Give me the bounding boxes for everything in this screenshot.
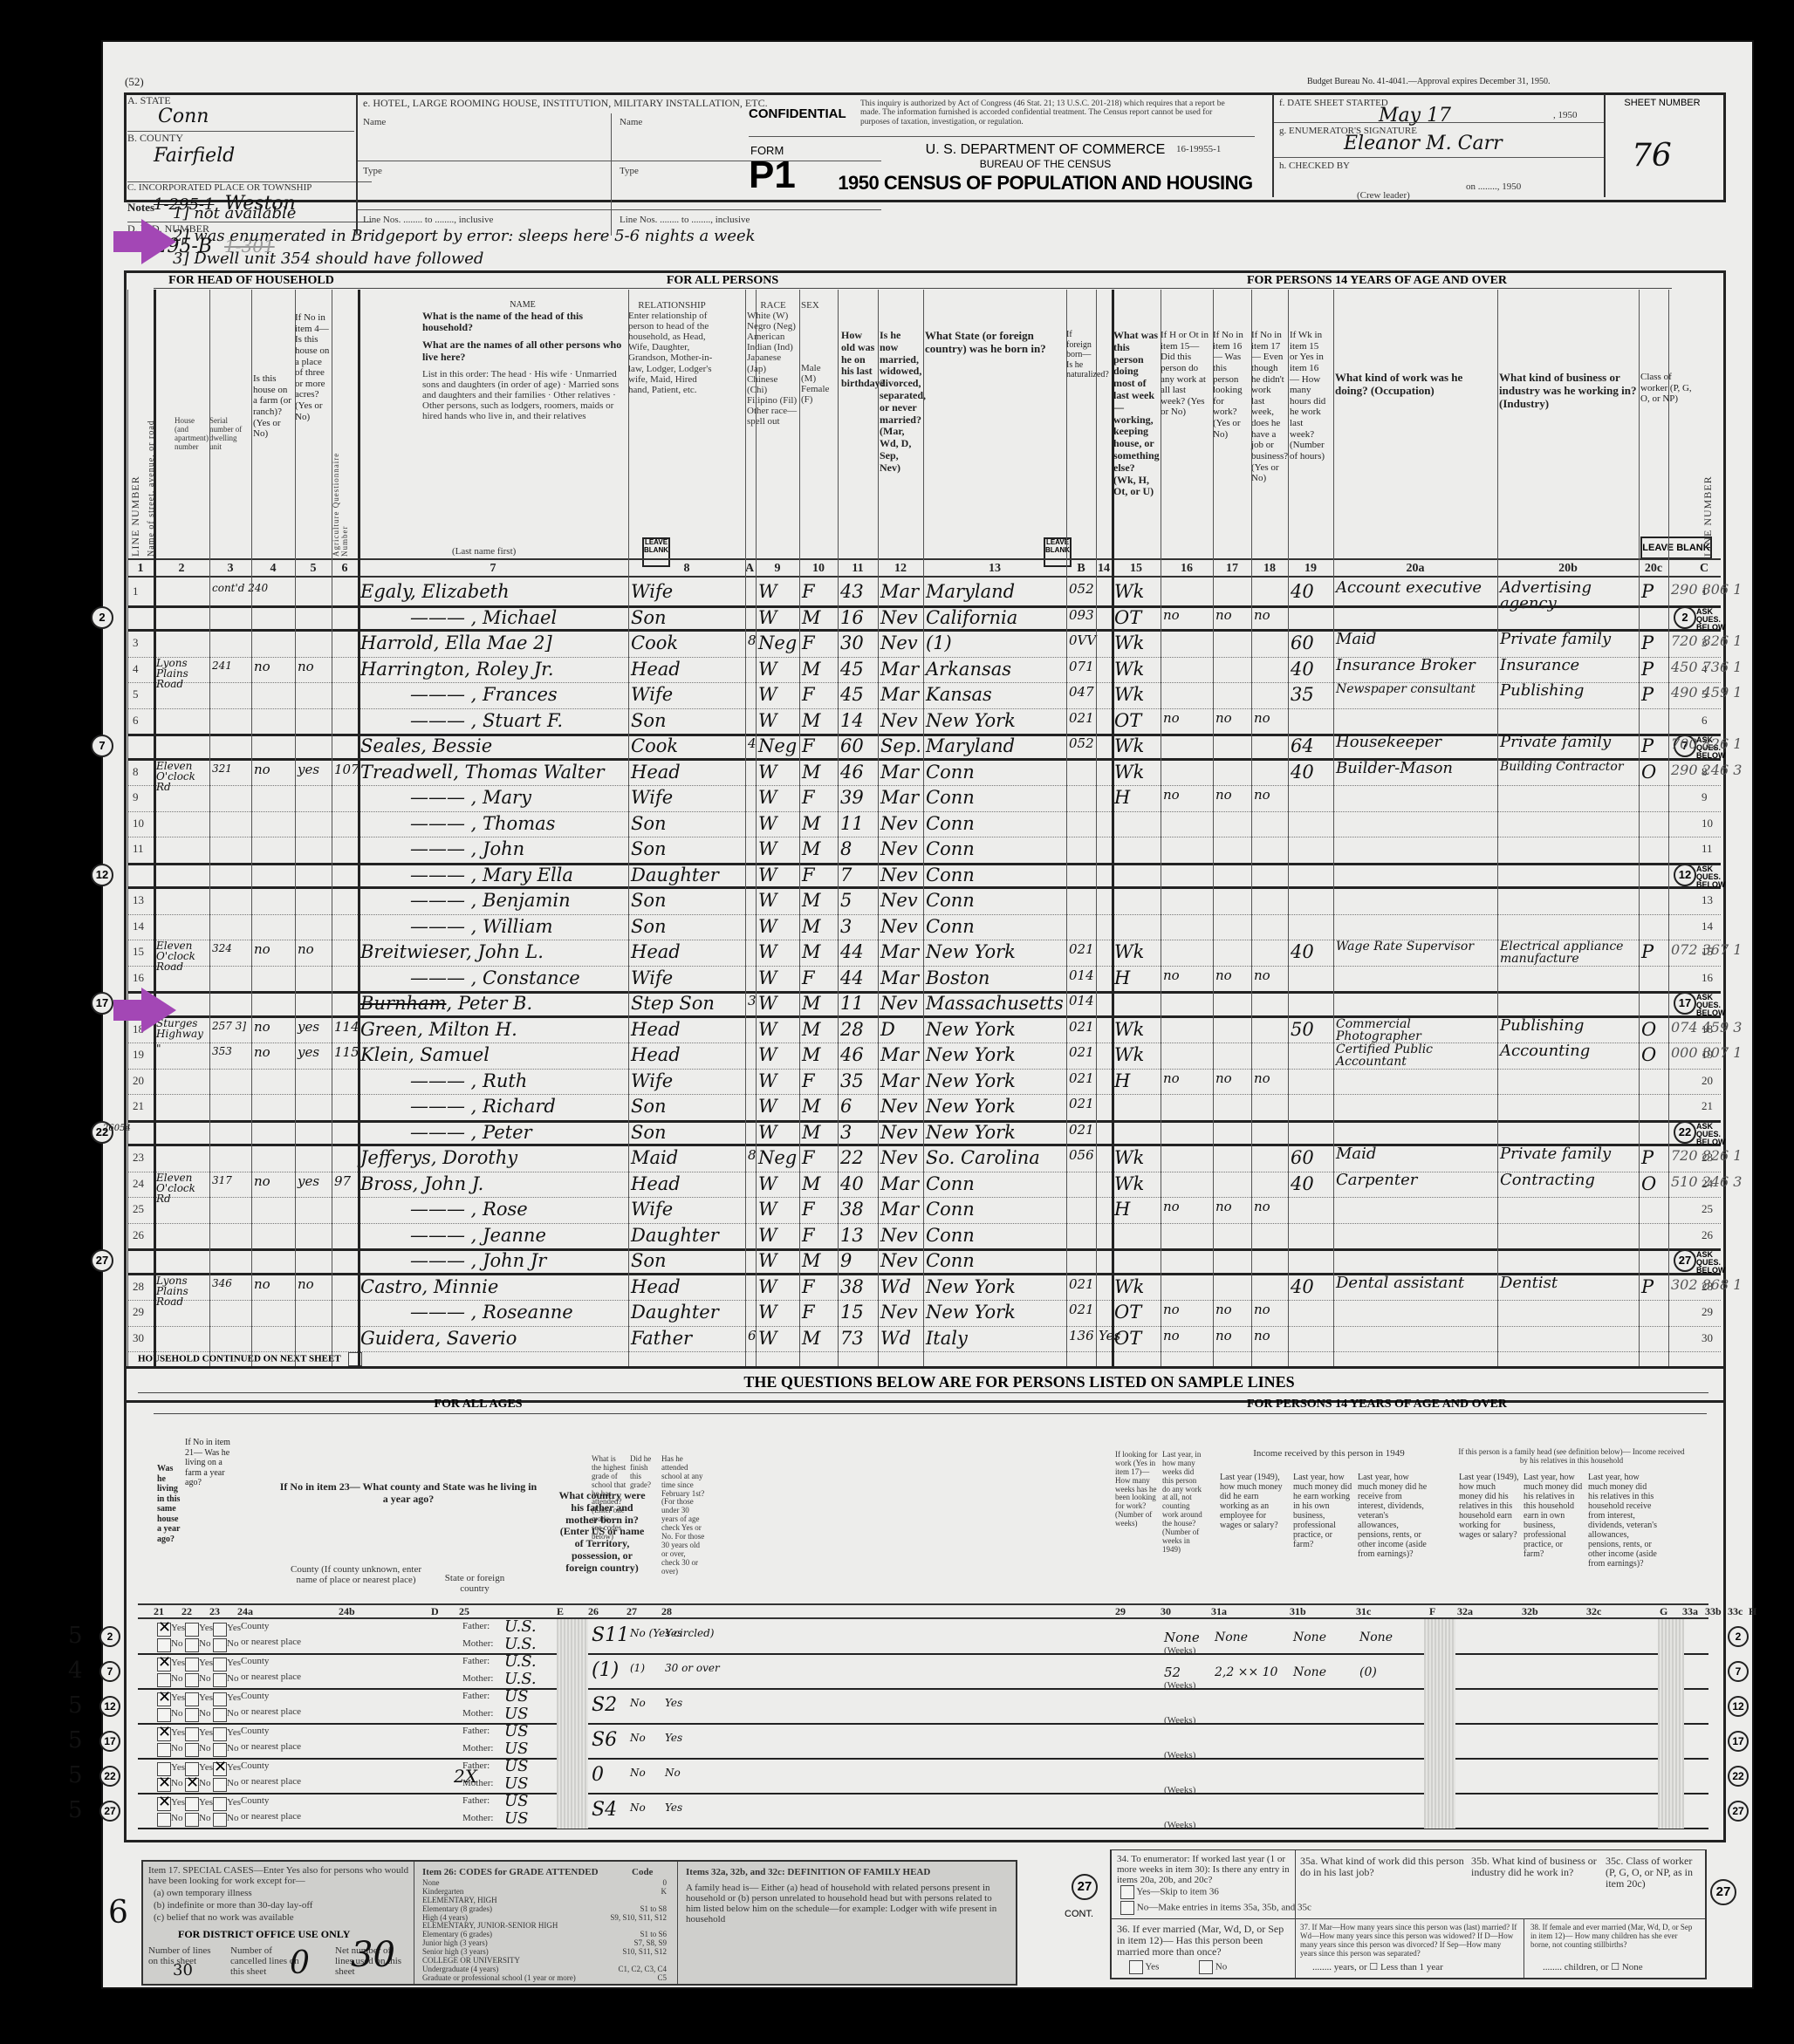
cell-rel: Head xyxy=(631,1046,681,1064)
cell-marital: Wd xyxy=(880,1278,911,1296)
column-number: 20b xyxy=(1497,562,1639,576)
cell-acres: no xyxy=(298,660,314,673)
mother-label: Mother: xyxy=(462,1638,493,1649)
c23-no-label: No xyxy=(227,1778,238,1788)
c23-yes-checkbox[interactable]: ✕ xyxy=(213,1762,227,1776)
highest-grade: S4 xyxy=(592,1801,617,1820)
cell-birthplace: New York xyxy=(926,1046,1016,1064)
cell-rel: Step Son xyxy=(631,995,715,1013)
sample-column-number: 22 xyxy=(181,1605,192,1618)
c23-yes-label: Yes xyxy=(227,1658,241,1668)
cell-c16: no xyxy=(1163,712,1180,725)
sample-line-marker: 2 xyxy=(1674,606,1696,629)
notes: Notes 1] not available 2] was enumerated… xyxy=(127,201,1174,215)
c21-no-checkbox[interactable] xyxy=(157,1813,171,1827)
cell-race: W xyxy=(758,995,777,1013)
cell-class: P xyxy=(1641,1278,1654,1296)
grade-code-row: Graduate or professional school (1 year … xyxy=(422,1974,667,1983)
cell-birthplace: Arkansas xyxy=(926,660,1011,679)
cell-age: 39 xyxy=(840,789,864,807)
q34-yes-checkbox[interactable] xyxy=(1120,1885,1134,1899)
cell-marital: Mar xyxy=(880,1072,919,1090)
c21-yes-label: Yes xyxy=(171,1797,185,1808)
cell-hours: 35 xyxy=(1291,686,1314,704)
cell-age: 28 xyxy=(840,1021,864,1039)
nearest-place-label: or nearest place xyxy=(241,1776,301,1787)
cell-industry: Private family xyxy=(1500,735,1641,750)
cell-age: 5 xyxy=(840,892,852,910)
cell-sex: M xyxy=(802,1097,821,1116)
cell-c17: no xyxy=(1215,789,1232,802)
county-value: Fairfield xyxy=(154,145,354,167)
cell-sex: F xyxy=(802,737,815,755)
cell-marital: Mar xyxy=(880,583,919,601)
c22-no-checkbox[interactable] xyxy=(185,1813,199,1827)
cell-activity: OT xyxy=(1114,609,1141,627)
c21-no-label: No xyxy=(171,1813,182,1823)
sample-row: 477✕YesNoYesNoYesNoCountyor nearest plac… xyxy=(103,1654,1752,1689)
c23-no-checkbox[interactable] xyxy=(213,1673,227,1687)
cell-sex: M xyxy=(802,995,821,1013)
column-number: 19 xyxy=(1288,562,1333,576)
cell-race: W xyxy=(758,660,777,679)
sample-line-marker: 7 xyxy=(91,735,113,757)
line-number: 26 xyxy=(133,1228,144,1242)
cell-name: ——— , Benjamin xyxy=(410,892,571,910)
cell-c17: no xyxy=(1215,609,1232,622)
cell-b: 056 xyxy=(1069,1149,1094,1162)
nearest-place-label: or nearest place xyxy=(241,1741,301,1752)
c21-no-checkbox[interactable] xyxy=(157,1673,171,1687)
cell-c16: no xyxy=(1163,609,1180,622)
c21-no-checkbox[interactable]: ✕ xyxy=(157,1778,171,1792)
highest-grade: S11 xyxy=(592,1626,629,1645)
mother-birthplace: U.S. xyxy=(504,1671,537,1687)
column-number: 11 xyxy=(838,562,878,576)
cell-name: ——— , Michael xyxy=(410,609,557,627)
cell-sex: F xyxy=(802,583,815,601)
business-income: None xyxy=(1293,1666,1326,1678)
line-number: 20 xyxy=(133,1074,144,1088)
q36-no-checkbox[interactable] xyxy=(1199,1960,1213,1974)
sample-line-marker: 12 xyxy=(1728,1696,1749,1717)
cell-name: ——— , Mary Ella xyxy=(410,866,573,885)
sample-row: 52727✕YesNoYesNoYesNoCountyor nearest pl… xyxy=(103,1794,1752,1829)
cell-birthplace: New York xyxy=(926,1021,1016,1039)
cell-marital: Mar xyxy=(880,660,919,679)
cell-age: 16 xyxy=(840,609,864,627)
c22-yes-label: Yes xyxy=(199,1658,213,1668)
county-label: County xyxy=(241,1621,269,1631)
c22-yes-label: Yes xyxy=(199,1762,213,1773)
cell-industry: Private family xyxy=(1500,632,1641,647)
line-number: 29 xyxy=(133,1305,144,1319)
c21-no-label: No xyxy=(171,1673,182,1684)
cell-activity: Wk xyxy=(1114,1278,1144,1296)
attended-school: Yes xyxy=(665,1698,682,1708)
q36-yes-checkbox[interactable] xyxy=(1129,1960,1143,1974)
cell-age: 14 xyxy=(840,712,864,730)
c23-no-checkbox[interactable] xyxy=(213,1778,227,1792)
margin-mark: 5 xyxy=(68,1692,83,1719)
sheet-number: 76 xyxy=(1632,138,1672,174)
cell-b: 014 xyxy=(1069,969,1094,982)
cell-name: Green, Milton H. xyxy=(360,1021,517,1039)
c23-yes-checkbox[interactable] xyxy=(213,1727,227,1741)
cell-activity: Wk xyxy=(1114,634,1144,653)
cell-rel: Son xyxy=(631,609,667,627)
cell-c: 290 246 3 xyxy=(1671,763,1742,777)
c22-yes-label: Yes xyxy=(199,1797,213,1808)
section-for-all-ages: FOR ALL AGES xyxy=(347,1398,609,1412)
ask-ques-below-label: ASK QUES. BELOW xyxy=(1696,1251,1715,1275)
cell-c18: no xyxy=(1254,712,1270,725)
q34-no-checkbox[interactable] xyxy=(1120,1901,1134,1915)
col12-header: Is he now married, widowed, divorced, se… xyxy=(880,330,918,475)
line-number: 14 xyxy=(133,919,144,933)
c23-yes-checkbox[interactable] xyxy=(213,1692,227,1706)
business-income: None xyxy=(1293,1631,1326,1644)
cell-birthplace: New York xyxy=(926,1072,1016,1090)
cell-acres: yes xyxy=(298,763,319,776)
cell-sex: F xyxy=(802,1227,815,1245)
c22-no-checkbox[interactable]: ✕ xyxy=(185,1778,199,1792)
cell-c16: no xyxy=(1163,789,1180,802)
cell-rel: Son xyxy=(631,1097,667,1116)
cell-hours: 40 xyxy=(1291,763,1314,782)
cell-industry: Contracting xyxy=(1500,1172,1641,1188)
c21-no-checkbox[interactable] xyxy=(157,1638,171,1652)
c21-yes-checkbox[interactable]: ✕ xyxy=(157,1727,171,1741)
cell-c: 490 459 1 xyxy=(1671,686,1742,700)
cell-age: 22 xyxy=(840,1149,864,1167)
cell-c: 720 826 1 xyxy=(1671,1149,1742,1163)
c21-yes-checkbox[interactable]: ✕ xyxy=(157,1623,171,1637)
c21-no-checkbox[interactable] xyxy=(157,1743,171,1757)
line-number: 11 xyxy=(1702,842,1713,856)
cell-birthplace: Conn xyxy=(926,789,975,807)
cell-hours: 40 xyxy=(1291,1175,1314,1193)
sample-title: THE QUESTIONS BELOW ARE FOR PERSONS LIST… xyxy=(627,1373,1412,1391)
line-number: 30 xyxy=(133,1331,144,1345)
c21-yes-label: Yes xyxy=(171,1658,185,1668)
table-row: 2626——— , JeanneDaughterWF13NevConn xyxy=(103,1223,1752,1249)
column-number: 1 xyxy=(127,562,154,576)
cell-occupation: Housekeeper xyxy=(1336,735,1500,750)
cell-agr: 114 xyxy=(334,1021,359,1034)
cell-name: ——— , Roseanne xyxy=(410,1303,573,1322)
column-number: 15 xyxy=(1112,562,1161,576)
mother-label: Mother: xyxy=(462,1813,493,1823)
cell-race: W xyxy=(758,609,777,627)
other-income: (0) xyxy=(1359,1666,1377,1678)
cell-rel: Father xyxy=(631,1330,692,1348)
margin-mark: 5 xyxy=(68,1623,83,1649)
cell-sex: F xyxy=(802,1072,815,1090)
cell-birthplace: New York xyxy=(926,1097,1016,1116)
line-number: 25 xyxy=(133,1202,144,1216)
cell-rel: Wife xyxy=(631,1072,673,1090)
sample-line-marker: 27 xyxy=(99,1801,120,1822)
c23-yes-checkbox[interactable] xyxy=(213,1658,227,1671)
cell-age: 46 xyxy=(840,763,864,782)
weeks-worked: None xyxy=(1164,1631,1200,1644)
cell-industry: Electrical appliance manufacture xyxy=(1500,940,1641,965)
column-number: 10 xyxy=(799,562,838,576)
cell-sex: M xyxy=(802,1021,821,1039)
column-number: 18 xyxy=(1251,562,1288,576)
cell-marital: Nev xyxy=(880,1124,918,1142)
cell-sex: M xyxy=(802,918,821,936)
cell-activity: H xyxy=(1114,1072,1130,1090)
cell-name: ——— , William xyxy=(410,918,553,936)
cell-industry: Accounting xyxy=(1500,1043,1641,1059)
cell-age: 3 xyxy=(840,1124,852,1142)
cell-hours: 64 xyxy=(1291,737,1314,755)
cell-race: W xyxy=(758,866,777,885)
mother-birthplace: US xyxy=(504,1706,529,1722)
c22-no-checkbox[interactable] xyxy=(185,1743,199,1757)
cell-race: W xyxy=(758,1252,777,1270)
attended-school: Yes xyxy=(665,1802,682,1813)
cell-farm: no xyxy=(254,1046,270,1059)
cell-age: 40 xyxy=(840,1175,864,1193)
mother-label: Mother: xyxy=(462,1743,493,1753)
cell-birthplace: Conn xyxy=(926,815,975,833)
cell-c16: no xyxy=(1163,1200,1180,1213)
c22-yes-checkbox[interactable] xyxy=(185,1658,199,1671)
cell-rel: Son xyxy=(631,712,667,730)
line-number-label-right: LINE NUMBER xyxy=(1702,408,1715,557)
table-row: 55——— , FrancesWifeWF45MarKansas047Wk35N… xyxy=(103,682,1752,708)
cell-b: 021 xyxy=(1069,1046,1094,1059)
sample-column-number: 30 xyxy=(1161,1605,1171,1618)
cell-rel: Son xyxy=(631,840,667,858)
finished-grade: No xyxy=(630,1802,646,1813)
c22-yes-checkbox[interactable] xyxy=(185,1797,199,1811)
cell-birthplace: Massachusetts xyxy=(926,995,1064,1013)
margin-mark: 5 xyxy=(68,1762,83,1788)
line-number: 3 xyxy=(133,636,139,650)
cell-b: 047 xyxy=(1069,686,1094,699)
col20a-header: What kind of work was he doing? (Occupat… xyxy=(1335,372,1492,398)
cell-c: 290 806 1 xyxy=(1671,583,1742,597)
finished-grade: (1) xyxy=(630,1663,645,1673)
highest-grade: S2 xyxy=(592,1696,617,1715)
table-row: 2929——— , RoseanneDaughterWF15NevNew Yor… xyxy=(103,1300,1752,1326)
c23-no-checkbox[interactable] xyxy=(213,1708,227,1722)
column-number: 7 xyxy=(358,562,628,576)
county-label: County xyxy=(241,1691,269,1701)
table-row: 3030Guidera, SaverioFather6WM73WdItaly13… xyxy=(103,1326,1752,1352)
father-label: Father: xyxy=(462,1656,490,1666)
cell-house: 346 xyxy=(212,1278,232,1289)
c21-no-label: No xyxy=(171,1708,182,1719)
cell-acres: no xyxy=(298,1278,314,1291)
line-number: 9 xyxy=(1702,790,1708,804)
cell-birthplace: Maryland xyxy=(926,583,1015,601)
cell-activity: H xyxy=(1114,789,1130,807)
c23-yes-checkbox[interactable] xyxy=(213,1797,227,1811)
sample-column-number: 31b xyxy=(1290,1605,1306,1618)
sample-column-number: G xyxy=(1660,1605,1667,1618)
form-id: P1 xyxy=(749,156,796,195)
cell-c: 000 807 1 xyxy=(1671,1046,1742,1060)
sample-line-marker: 2 xyxy=(1728,1626,1749,1647)
sample-column-number: 27 xyxy=(627,1605,637,1618)
c22-yes-checkbox[interactable] xyxy=(185,1727,199,1741)
column-number: A xyxy=(745,562,754,576)
sample-line-marker: 7 xyxy=(99,1661,120,1682)
cell-age: 13 xyxy=(840,1227,864,1245)
cell-b: 021 xyxy=(1069,1072,1094,1085)
mother-label: Mother: xyxy=(462,1708,493,1719)
cell-activity: H xyxy=(1114,969,1130,988)
cell-farm: no xyxy=(254,1021,270,1034)
mother-birthplace: U.S. xyxy=(504,1637,537,1652)
county-label: County xyxy=(241,1656,269,1666)
c23-no-checkbox[interactable] xyxy=(213,1813,227,1827)
c21-no-checkbox[interactable] xyxy=(157,1708,171,1722)
other-income: None xyxy=(1359,1631,1393,1644)
c23-no-checkbox[interactable] xyxy=(213,1743,227,1757)
cell-age: 30 xyxy=(840,634,864,653)
table-row: 2828Lyons Plains Road346nonoCastro, Minn… xyxy=(103,1275,1752,1301)
line-number-label-left: LINE NUMBER xyxy=(129,408,142,557)
sample-column-number: D xyxy=(431,1605,439,1618)
line-number: 4 xyxy=(133,662,139,676)
sample-column-number: 31c xyxy=(1356,1605,1371,1618)
c23-yes-checkbox[interactable] xyxy=(213,1623,227,1637)
cell-name: Harrold, Ella Mae 2] xyxy=(360,634,552,653)
col6-header: Agriculture Questionnaire Number xyxy=(332,426,349,557)
state-field: a. STATE Conn xyxy=(127,94,284,127)
c22-no-checkbox[interactable] xyxy=(185,1673,199,1687)
cell-b: 021 xyxy=(1069,1303,1094,1316)
cell-farm: no xyxy=(254,763,270,776)
cell-rel: Cook xyxy=(631,737,678,755)
line-number: 5 xyxy=(133,687,139,701)
table-row: 2121——— , RichardSonWM6NevNew York021 xyxy=(103,1094,1752,1120)
sample-column-number: 33c xyxy=(1728,1605,1743,1618)
sample-line-marker: 22 xyxy=(1674,1121,1696,1144)
table-row: 1010——— , ThomasSonWM11NevConn xyxy=(103,811,1752,837)
cell-age: 11 xyxy=(840,995,864,1013)
col14-header: If foreign born— Is he naturalized? xyxy=(1066,330,1098,380)
cell-marital: Nev xyxy=(880,866,918,885)
finished-grade: No xyxy=(630,1733,646,1743)
line-number: 13 xyxy=(133,893,144,907)
cell-name: Breitwieser, John L. xyxy=(360,943,544,961)
cell-birthplace: California xyxy=(926,609,1017,627)
column-number: 12 xyxy=(878,562,923,576)
footer-codes-block: Item 17. SPECIAL CASES—Enter Yes also fo… xyxy=(141,1860,1017,1986)
sample-column-number: 31a xyxy=(1211,1605,1227,1618)
sample-column-number: 25 xyxy=(459,1605,469,1618)
col15-header: What was this person doing most of last … xyxy=(1113,330,1159,498)
cell-farm: no xyxy=(254,1278,270,1291)
cell-birthplace: Conn xyxy=(926,918,975,936)
c23-yes-label: Yes xyxy=(227,1797,241,1808)
column-number: 14 xyxy=(1096,562,1112,576)
c22-no-label: No xyxy=(199,1778,210,1788)
cell-race: W xyxy=(758,1175,777,1193)
c23-no-checkbox[interactable] xyxy=(213,1638,227,1652)
c21-yes-checkbox[interactable]: ✕ xyxy=(157,1658,171,1671)
cell-race: W xyxy=(758,1046,777,1064)
table-row: 44Lyons Plains Road241nonoHarrington, Ro… xyxy=(103,657,1752,683)
household-continued: HOUSEHOLD CONTINUED ON NEXT SHEET xyxy=(138,1352,362,1366)
cell-birthplace: Conn xyxy=(926,840,975,858)
cell-name: ——— , John xyxy=(410,840,524,858)
cell-sex: M xyxy=(802,943,821,961)
state-value: Conn xyxy=(158,106,284,127)
cell-marital: Nev xyxy=(880,609,918,627)
wage-income: 2,2 ×× 10 xyxy=(1215,1666,1277,1678)
line-number: 8 xyxy=(133,765,139,779)
c21-yes-label: Yes xyxy=(171,1692,185,1703)
cell-rel: Son xyxy=(631,1252,667,1270)
sample-line-marker: 17 xyxy=(1674,992,1696,1015)
cell-marital: Nev xyxy=(880,1149,918,1167)
c23-yes-label: Yes xyxy=(227,1692,241,1703)
c22-no-checkbox[interactable] xyxy=(185,1708,199,1722)
cell-age: 43 xyxy=(840,583,864,601)
cell-birthplace: Conn xyxy=(926,1200,975,1219)
sheet-number-block: SHEET NUMBER 76 xyxy=(1604,94,1722,197)
cell-rel: Head xyxy=(631,943,681,961)
line-number: 16 xyxy=(133,971,144,985)
cell-occupation: Dental assistant xyxy=(1336,1275,1500,1291)
cell-age: 6 xyxy=(840,1097,852,1116)
cell-age: 44 xyxy=(840,969,864,988)
attended-school: 30 or over xyxy=(665,1663,720,1673)
weeks-label: (Weeks) xyxy=(1164,1820,1195,1830)
cell-b: 021 xyxy=(1069,1097,1094,1111)
sample-row: 51717✕YesNoYesNoYesNoCountyor nearest pl… xyxy=(103,1724,1752,1759)
cell-sex: M xyxy=(802,840,821,858)
cell-birthplace: Conn xyxy=(926,763,975,782)
cell-race: W xyxy=(758,1227,777,1245)
cell-name: ——— , Stuart F. xyxy=(410,712,563,730)
county-field: b. COUNTY Fairfield xyxy=(127,131,354,167)
line-number: 16 xyxy=(1702,971,1713,985)
cell-marital: Nev xyxy=(880,918,918,936)
c22-yes-checkbox[interactable] xyxy=(185,1692,199,1706)
cell-race: W xyxy=(758,1072,777,1090)
c21-yes-checkbox[interactable]: ✕ xyxy=(157,1692,171,1706)
cell-sex: F xyxy=(802,1278,815,1296)
column-number: 17 xyxy=(1213,562,1251,576)
cell-name: Jefferys, Dorothy xyxy=(360,1149,517,1167)
cell-c18: no xyxy=(1254,1200,1270,1213)
cell-race: W xyxy=(758,840,777,858)
cell-rel: Head xyxy=(631,1278,681,1296)
sample-column-number: E xyxy=(557,1605,564,1618)
form-title: 1950 CENSUS OF POPULATION AND HOUSING xyxy=(827,172,1263,195)
c22-no-checkbox[interactable] xyxy=(185,1638,199,1652)
c22-yes-checkbox[interactable] xyxy=(185,1623,199,1637)
c22-yes-label: Yes xyxy=(199,1727,213,1738)
cell-rel: Daughter xyxy=(631,1227,719,1245)
table-row: 77ASK QUES. BELOWSeales, BessieCook4NegF… xyxy=(103,734,1752,760)
cell-birthplace: Conn xyxy=(926,1252,975,1270)
cell-house: 353 xyxy=(212,1046,232,1056)
cell-class: O xyxy=(1641,1175,1656,1193)
c21-yes-checkbox[interactable]: ✕ xyxy=(157,1797,171,1811)
cell-race: W xyxy=(758,943,777,961)
cell-rel: Cook xyxy=(631,634,678,653)
